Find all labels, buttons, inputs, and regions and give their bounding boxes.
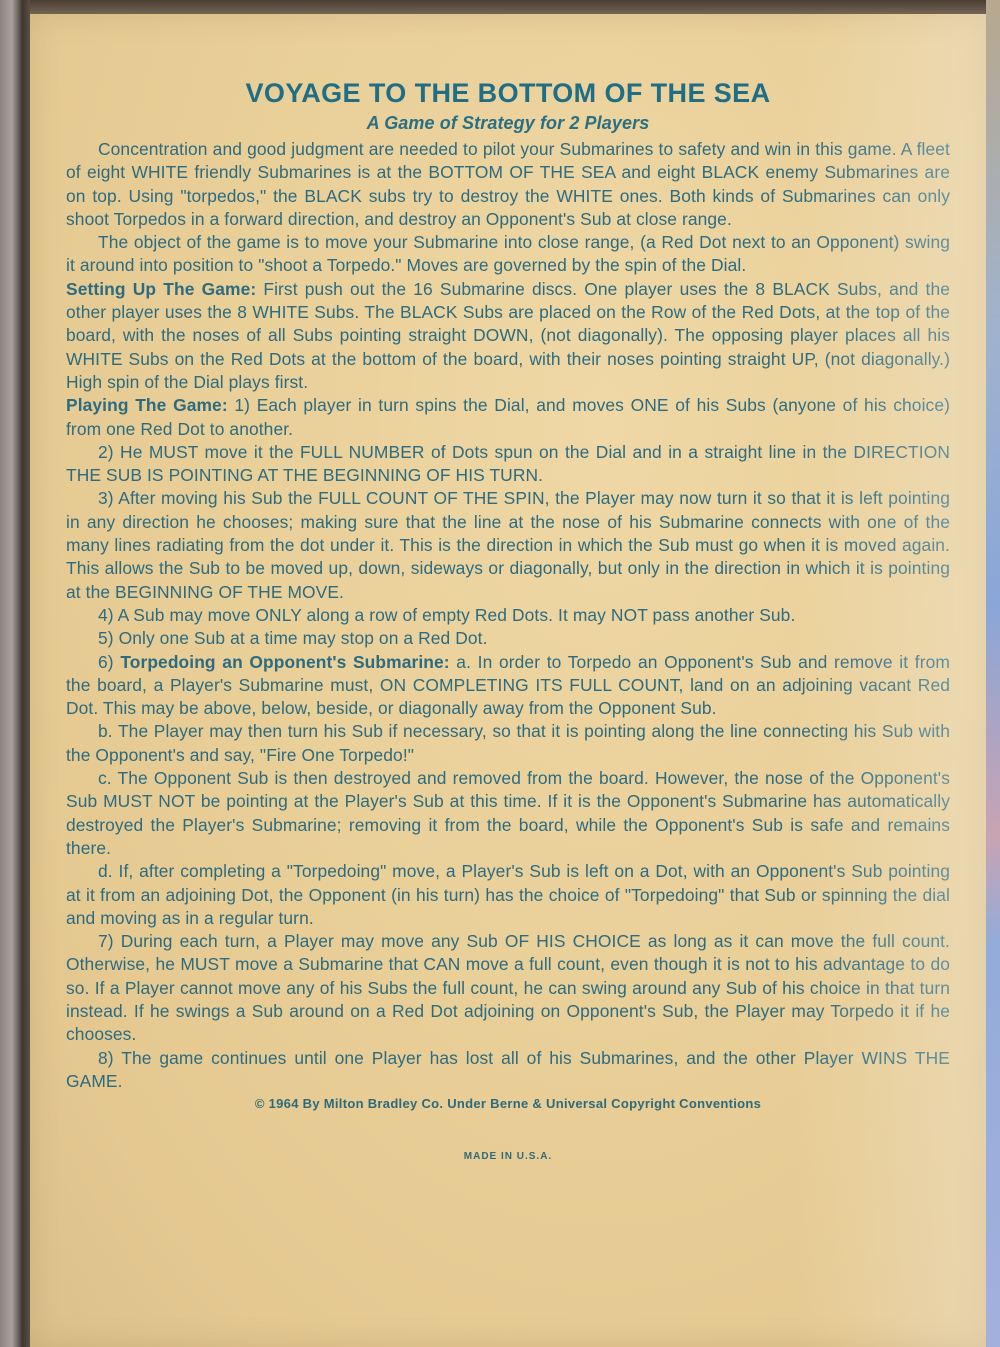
playing-heading: Playing The Game: (66, 395, 228, 415)
game-board-edge (986, 0, 1000, 1347)
setup-heading: Setting Up The Game: (66, 279, 256, 299)
rule-6-number: 6) (98, 652, 120, 672)
rule-5: 5) Only one Sub at a time may stop on a … (66, 627, 950, 650)
rule-6: 6) Torpedoing an Opponent's Submarine: a… (66, 651, 950, 721)
rule-2: 2) He MUST move it the FULL NUMBER of Do… (66, 441, 950, 488)
game-title: VOYAGE TO THE BOTTOM OF THE SEA (66, 76, 950, 110)
rule-6b: b. The Player may then turn his Sub if n… (66, 720, 950, 767)
made-in-label: MADE IN U.S.A. (66, 1145, 950, 1168)
instructions-content: VOYAGE TO THE BOTTOM OF THE SEA A Game o… (66, 76, 950, 1168)
copyright-notice: © 1964 By Milton Bradley Co. Under Berne… (66, 1093, 950, 1115)
setup-section: Setting Up The Game: First push out the … (66, 278, 950, 394)
rule-6-heading: Torpedoing an Opponent's Submarine: (120, 652, 449, 672)
rule-4: 4) A Sub may move ONLY along a row of em… (66, 604, 950, 627)
rule-8: 8) The game continues until one Player h… (66, 1047, 950, 1094)
rule-7: 7) During each turn, a Player may move a… (66, 930, 950, 1046)
rule-3: 3) After moving his Sub the FULL COUNT O… (66, 487, 950, 603)
intro-paragraph: Concentration and good judgment are need… (66, 138, 950, 231)
rule-6d: d. If, after completing a "Torpedoing" m… (66, 860, 950, 930)
playing-section: Playing The Game: 1) Each player in turn… (66, 394, 950, 441)
instruction-sheet: VOYAGE TO THE BOTTOM OF THE SEA A Game o… (30, 14, 986, 1347)
game-subtitle: A Game of Strategy for 2 Players (66, 110, 950, 136)
object-paragraph: The object of the game is to move your S… (66, 231, 950, 278)
game-box-left-edge (0, 0, 30, 1347)
rule-6c: c. The Opponent Sub is then destroyed an… (66, 767, 950, 860)
